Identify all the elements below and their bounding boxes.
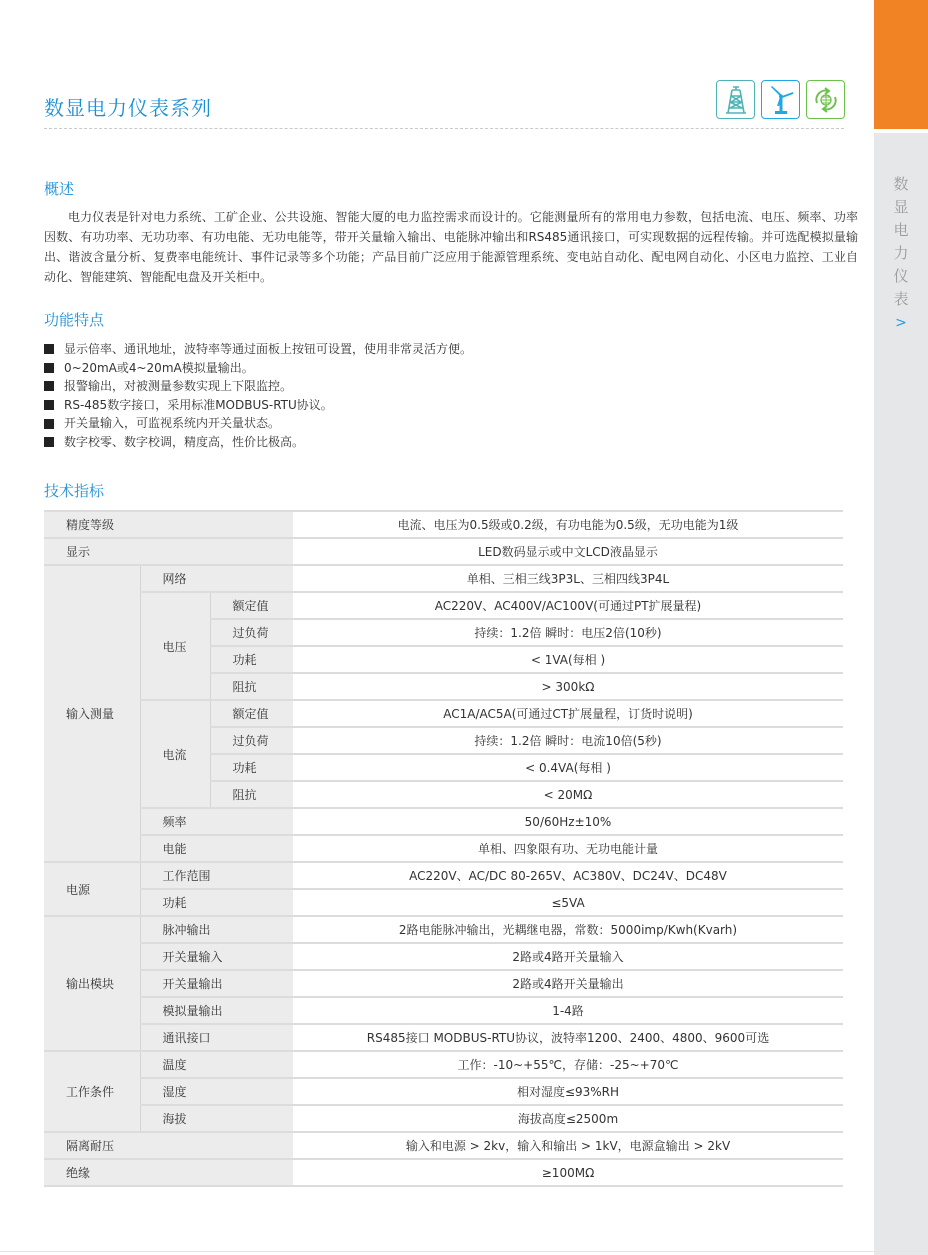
row-value: 2路电能脉冲输出，光耦继电器，常数：5000imp/Kwh(Kvarh) [293,916,843,943]
side-char: 力 [874,242,928,265]
side-nav-tab[interactable]: 数 显 电 力 仪 表 > [874,133,928,1255]
row-label: 工作范围 [140,862,293,889]
row-label: 绝缘 [44,1159,293,1186]
bullet-square-icon [44,437,54,447]
row-value: RS485接口 MODBUS-RTU协议，波特率1200、2400、4800、9… [293,1024,843,1051]
specs-heading: 技术指标 [44,480,104,501]
page-title: 数显电力仪表系列 [44,92,212,121]
group-label: 输出模块 [44,916,140,1051]
table-row: 输出模块 脉冲输出 2路电能脉冲输出，光耦继电器，常数：5000imp/Kwh(… [44,916,843,943]
recycle-globe-icon [806,80,845,119]
features-list: 显示倍率、通讯地址，波特率等通过面板上按钮可设置，使用非常灵活方便。 0~20m… [44,340,472,452]
row-label: 频率 [140,808,293,835]
row-label: 功耗 [140,889,293,916]
row-value: ≥100MΩ [293,1159,843,1186]
table-row: 精度等级 电流、电压为0.5级或0.2级，有功电能为0.5级，无功电能为1级 [44,511,843,538]
list-item: 0~20mA或4~20mA模拟量输出。 [44,359,472,378]
list-item: 开关量输入，可监视系统内开关量状态。 [44,414,472,433]
side-char: 仪 [874,265,928,288]
row-label: 显示 [44,538,293,565]
row-label: 隔离耐压 [44,1132,293,1159]
row-label: 温度 [140,1051,293,1078]
table-row: 输入测量 网络 单相、三相三线3P3L、三相四线3P4L [44,565,843,592]
list-item: 数字校零、数字校调，精度高，性价比极高。 [44,433,472,452]
row-value: 2路或4路开关量输入 [293,943,843,970]
table-row: 电源 工作范围 AC220V、AC/DC 80-265V、AC380V、DC24… [44,862,843,889]
row-label: 湿度 [140,1078,293,1105]
table-row: 隔离耐压 输入和电源 > 2kv，输入和输出 > 1kV，电源盒输出 > 2kV [44,1132,843,1159]
row-value: < 1VA(每相 ) [293,646,843,673]
features-heading: 功能特点 [44,309,104,330]
row-label: 功耗 [210,646,293,673]
spec-table: 精度等级 电流、电压为0.5级或0.2级，有功电能为0.5级，无功电能为1级 显… [44,510,843,1187]
overview-heading: 概述 [44,178,74,199]
row-label: 脉冲输出 [140,916,293,943]
row-label: 海拔 [140,1105,293,1132]
row-label: 过负荷 [210,619,293,646]
table-row: 电压 额定值 AC220V、AC400V/AC100V(可通过PT扩展量程) [44,592,843,619]
side-char: 表 [874,288,928,311]
row-label: 开关量输入 [140,943,293,970]
table-row: 电能 单相、四象限有功、无功电能计量 [44,835,843,862]
row-label: 网络 [140,565,293,592]
side-tab-accent [874,0,928,129]
table-row: 频率 50/60Hz±10% [44,808,843,835]
bullet-square-icon [44,363,54,373]
row-value: 工作：-10~+55℃，存储：-25~+70℃ [293,1051,843,1078]
row-label: 开关量输出 [140,970,293,997]
row-label: 阻抗 [210,673,293,700]
overview-text: 电力仪表是针对电力系统、工矿企业、公共设施、智能大厦的电力监控需求而设计的。它能… [44,207,858,287]
row-label: 通讯接口 [140,1024,293,1051]
row-value: > 300kΩ [293,673,843,700]
row-value: 输入和电源 > 2kv，输入和输出 > 1kV，电源盒输出 > 2kV [293,1132,843,1159]
list-item: 报警输出，对被测量参数实现上下限监控。 [44,377,472,396]
subgroup-label: 电流 [140,700,210,808]
side-tab-label: 数 显 电 力 仪 表 > [874,173,928,335]
table-row: 工作条件 温度 工作：-10~+55℃，存储：-25~+70℃ [44,1051,843,1078]
row-value: AC220V、AC400V/AC100V(可通过PT扩展量程) [293,592,843,619]
group-label: 工作条件 [44,1051,140,1132]
row-value: 电流、电压为0.5级或0.2级，有功电能为0.5级，无功电能为1级 [293,511,843,538]
table-row: 开关量输出 2路或4路开关量输出 [44,970,843,997]
table-row: 开关量输入 2路或4路开关量输入 [44,943,843,970]
group-label: 电源 [44,862,140,916]
row-value: 单相、四象限有功、无功电能计量 [293,835,843,862]
category-icons [716,80,845,119]
row-label: 过负荷 [210,727,293,754]
side-char: 电 [874,219,928,242]
oil-tower-icon [716,80,755,119]
row-label: 精度等级 [44,511,293,538]
row-value: AC1A/AC5A(可通过CT扩展量程，订货时说明) [293,700,843,727]
page-bottom-rule [0,1251,928,1252]
group-label: 输入测量 [44,565,140,862]
table-row: 通讯接口 RS485接口 MODBUS-RTU协议，波特率1200、2400、4… [44,1024,843,1051]
row-label: 额定值 [210,700,293,727]
bullet-square-icon [44,381,54,391]
row-value: 持续：1.2倍 瞬时：电压2倍(10秒) [293,619,843,646]
bullet-square-icon [44,419,54,429]
table-row: 电流 额定值 AC1A/AC5A(可通过CT扩展量程，订货时说明) [44,700,843,727]
row-value: 相对湿度≤93%RH [293,1078,843,1105]
row-value: AC220V、AC/DC 80-265V、AC380V、DC24V、DC48V [293,862,843,889]
subgroup-label: 电压 [140,592,210,700]
row-label: 额定值 [210,592,293,619]
row-value: 单相、三相三线3P3L、三相四线3P4L [293,565,843,592]
row-label: 功耗 [210,754,293,781]
row-value: ≤5VA [293,889,843,916]
row-value: 1-4路 [293,997,843,1024]
row-value: < 20MΩ [293,781,843,808]
bullet-square-icon [44,400,54,410]
row-value: 海拔高度≤2500m [293,1105,843,1132]
side-char: 显 [874,196,928,219]
row-label: 电能 [140,835,293,862]
wind-turbine-icon [761,80,800,119]
row-value: LED数码显示或中文LCD液晶显示 [293,538,843,565]
chevron-right-icon[interactable]: > [874,312,928,335]
table-row: 功耗 ≤5VA [44,889,843,916]
row-value: < 0.4VA(每相 ) [293,754,843,781]
table-row: 湿度 相对湿度≤93%RH [44,1078,843,1105]
table-row: 海拔 海拔高度≤2500m [44,1105,843,1132]
side-char: 数 [874,173,928,196]
row-value: 持续：1.2倍 瞬时：电流10倍(5秒) [293,727,843,754]
table-row: 绝缘 ≥100MΩ [44,1159,843,1186]
row-label: 模拟量输出 [140,997,293,1024]
title-divider [44,128,844,129]
row-label: 阻抗 [210,781,293,808]
table-row: 显示 LED数码显示或中文LCD液晶显示 [44,538,843,565]
list-item: RS-485数字接口，采用标准MODBUS-RTU协议。 [44,396,472,415]
row-value: 2路或4路开关量输出 [293,970,843,997]
table-row: 模拟量输出 1-4路 [44,997,843,1024]
row-value: 50/60Hz±10% [293,808,843,835]
bullet-square-icon [44,344,54,354]
list-item: 显示倍率、通讯地址，波特率等通过面板上按钮可设置，使用非常灵活方便。 [44,340,472,359]
